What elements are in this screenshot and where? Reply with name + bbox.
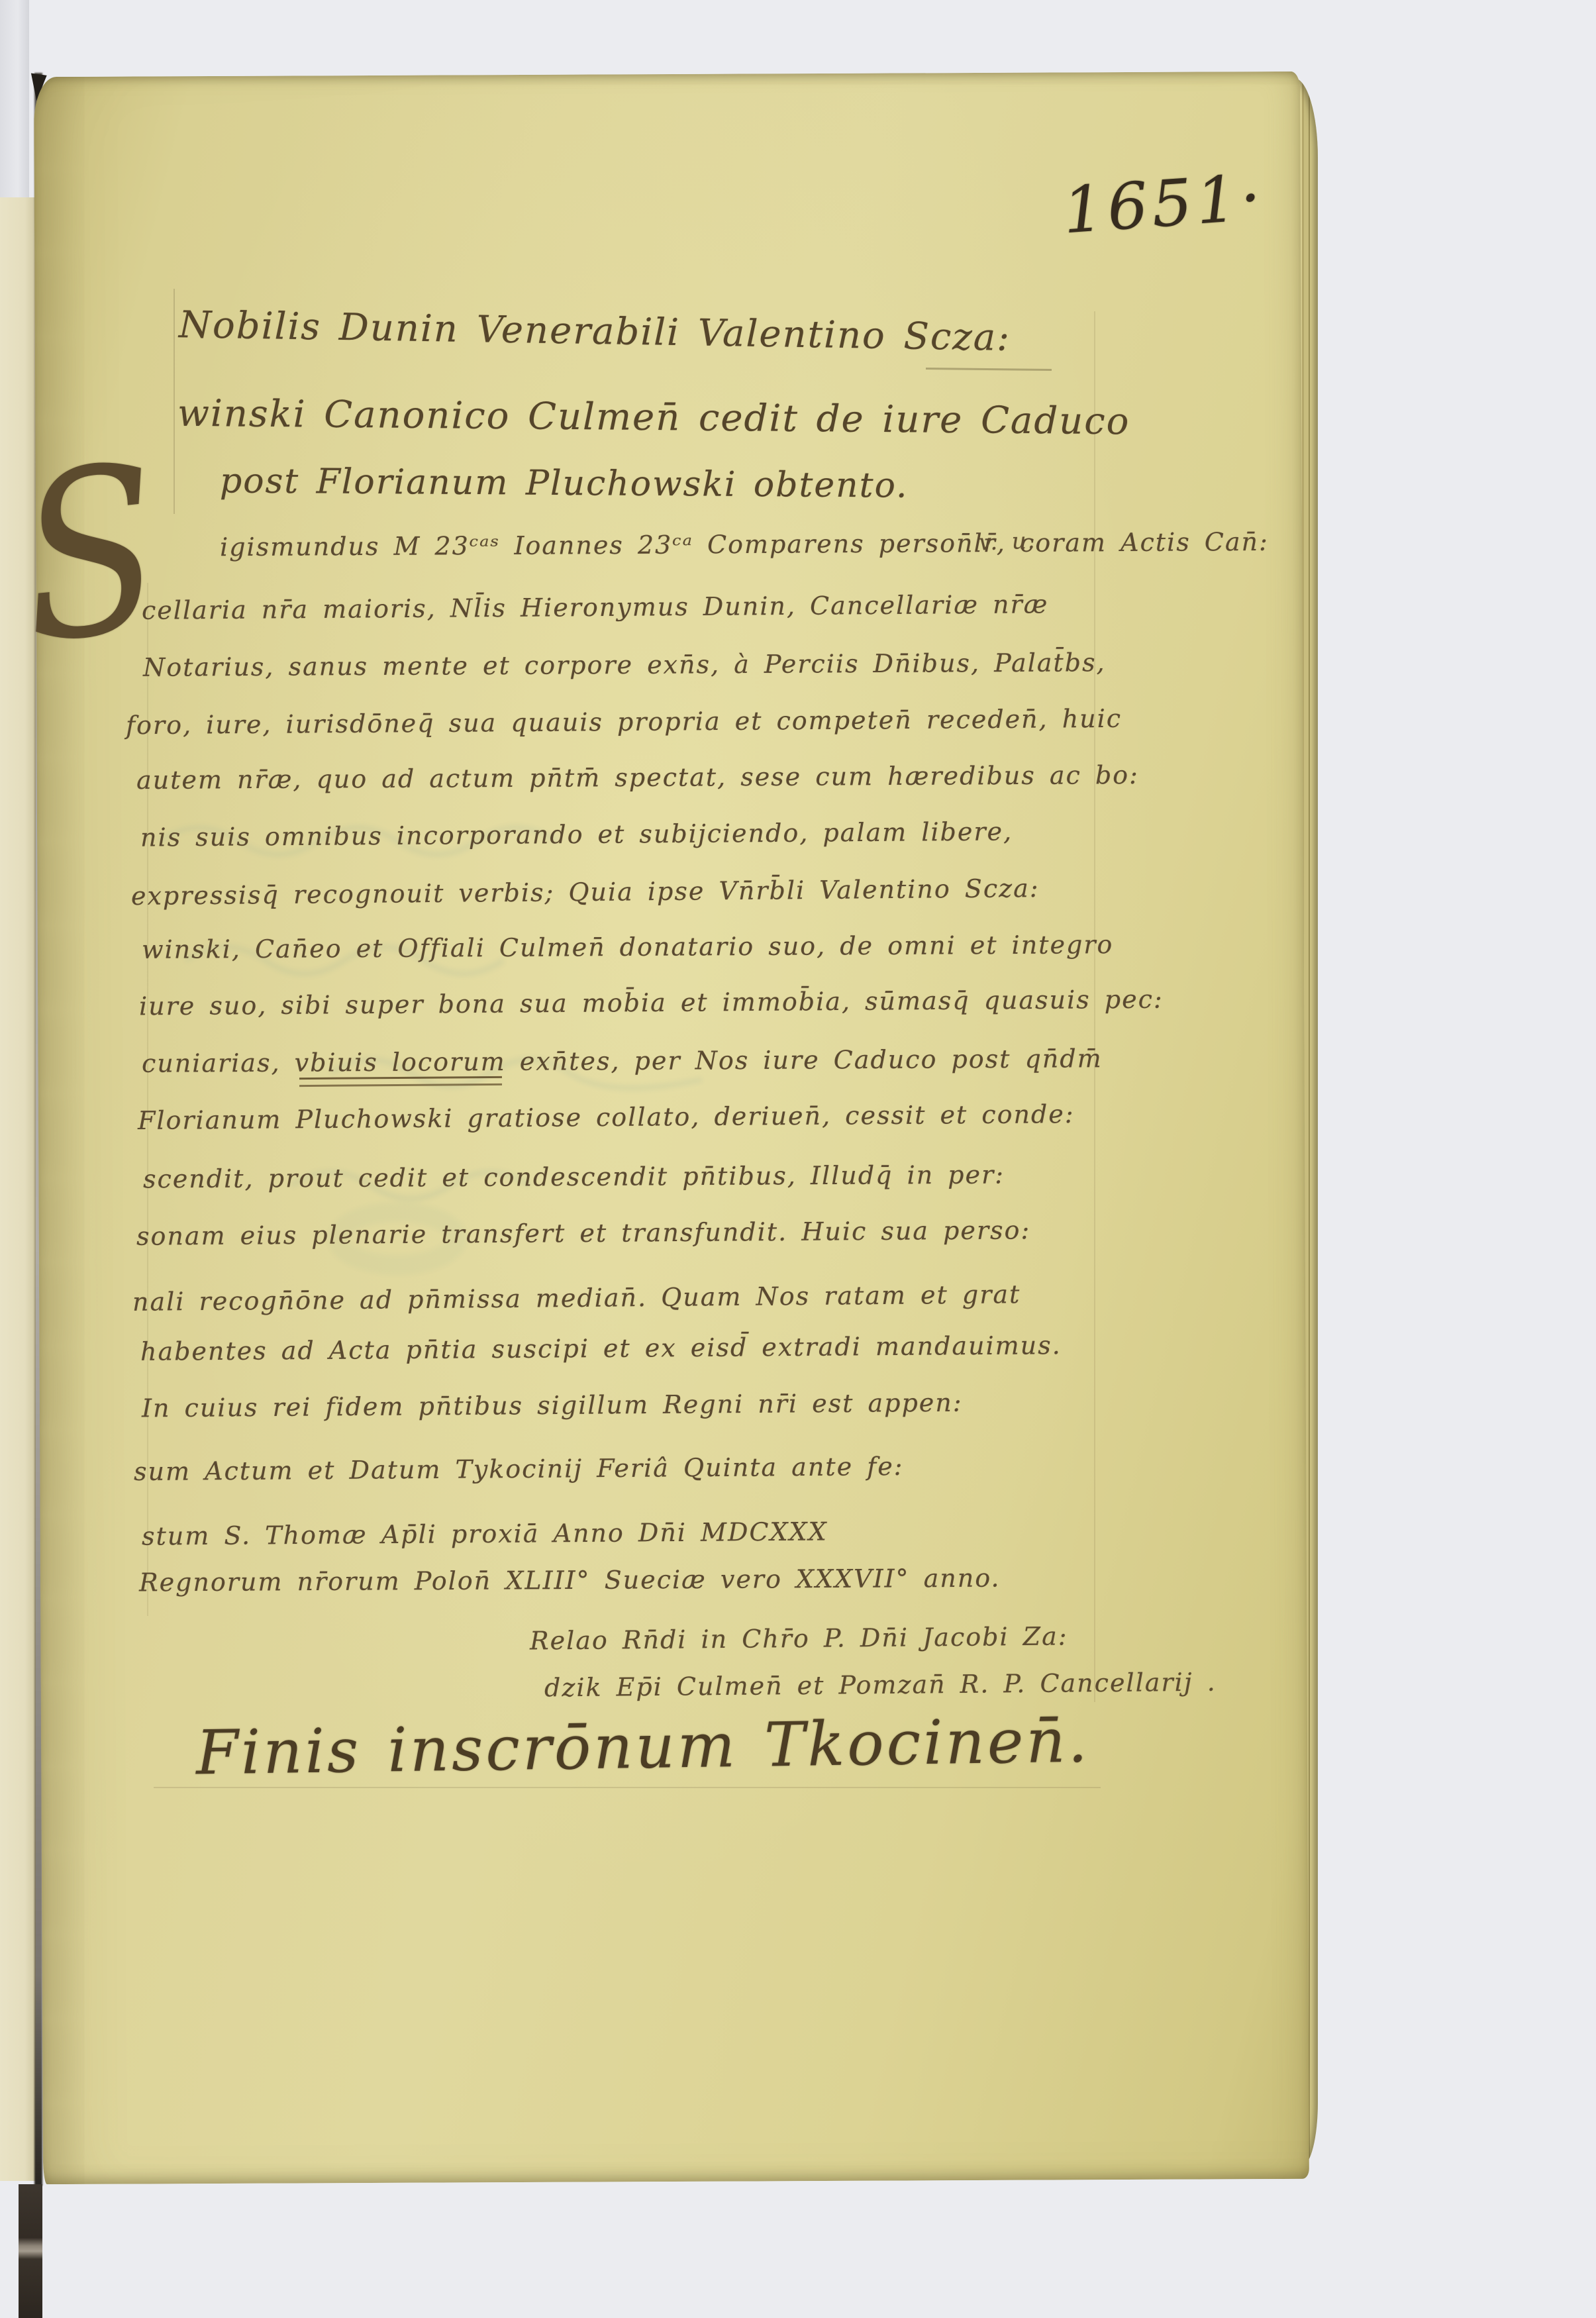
body-line: sonam eius plenarie transfert et transfu… [136, 1215, 1031, 1250]
drop-cap-initial: S [11, 434, 172, 676]
body-line: nis suis omnibus incorporando et subijci… [140, 817, 1013, 852]
body-line: Regnorum nr̄orum Polon̄ XLIII° Sueciæ ve… [139, 1564, 1001, 1597]
body-line: scendit, prout cedit et condescendit pn̄… [143, 1160, 1005, 1194]
folio-number: 1651· [1060, 160, 1267, 248]
body-line: igismundus M 23ᶜᵃˢ Ioannes 23ᶜᵃ Comparen… [220, 527, 1269, 562]
binding-ribbon [19, 2184, 42, 2318]
heading-line: post Florianum Pluchowski obtento. [220, 461, 909, 505]
ruling-line [174, 289, 175, 514]
heading-line: winski Canonico Culmen̄ cedit de iure Ca… [177, 392, 1130, 444]
relation-line: Relao Rn̄di in Chr̄o P. Dn̄i Jacobi Za: [530, 1621, 1068, 1655]
body-line: In cuius rei fidem pn̄tibus sigillum Reg… [142, 1388, 963, 1423]
body-line: autem nr̄æ, quo ad actum pn̄tm̄ spectat,… [136, 760, 1139, 795]
body-line: cuniarias, vbiuis locorum exn̄tes, per N… [142, 1044, 1103, 1078]
margin-note: v. u. [978, 528, 1036, 556]
body-line: sum Actum et Datum Tykocinij Feriâ Quint… [134, 1452, 904, 1486]
body-line: winski, Can̄eo et Offiali Culmen̄ donata… [142, 930, 1114, 964]
relation-line: dzik Ep̄i Culmen̄ et Pomzan̄ R. P. Cance… [544, 1668, 1217, 1703]
body-line: Notarius, sanus mente et corpore exn̄s, … [143, 648, 1106, 682]
body-line: stum S. Thomæ Ap̄li proxiā Anno Dn̄i MDC… [142, 1517, 828, 1550]
closing-line: Finis inscrōnum Tkocinen̄. [195, 1705, 1090, 1789]
underline-flourish [299, 1076, 502, 1087]
manuscript-scan: 1651· Nobilis Dunin Venerabili Valentino… [0, 0, 1596, 2318]
background-page-edge-top [0, 0, 29, 212]
